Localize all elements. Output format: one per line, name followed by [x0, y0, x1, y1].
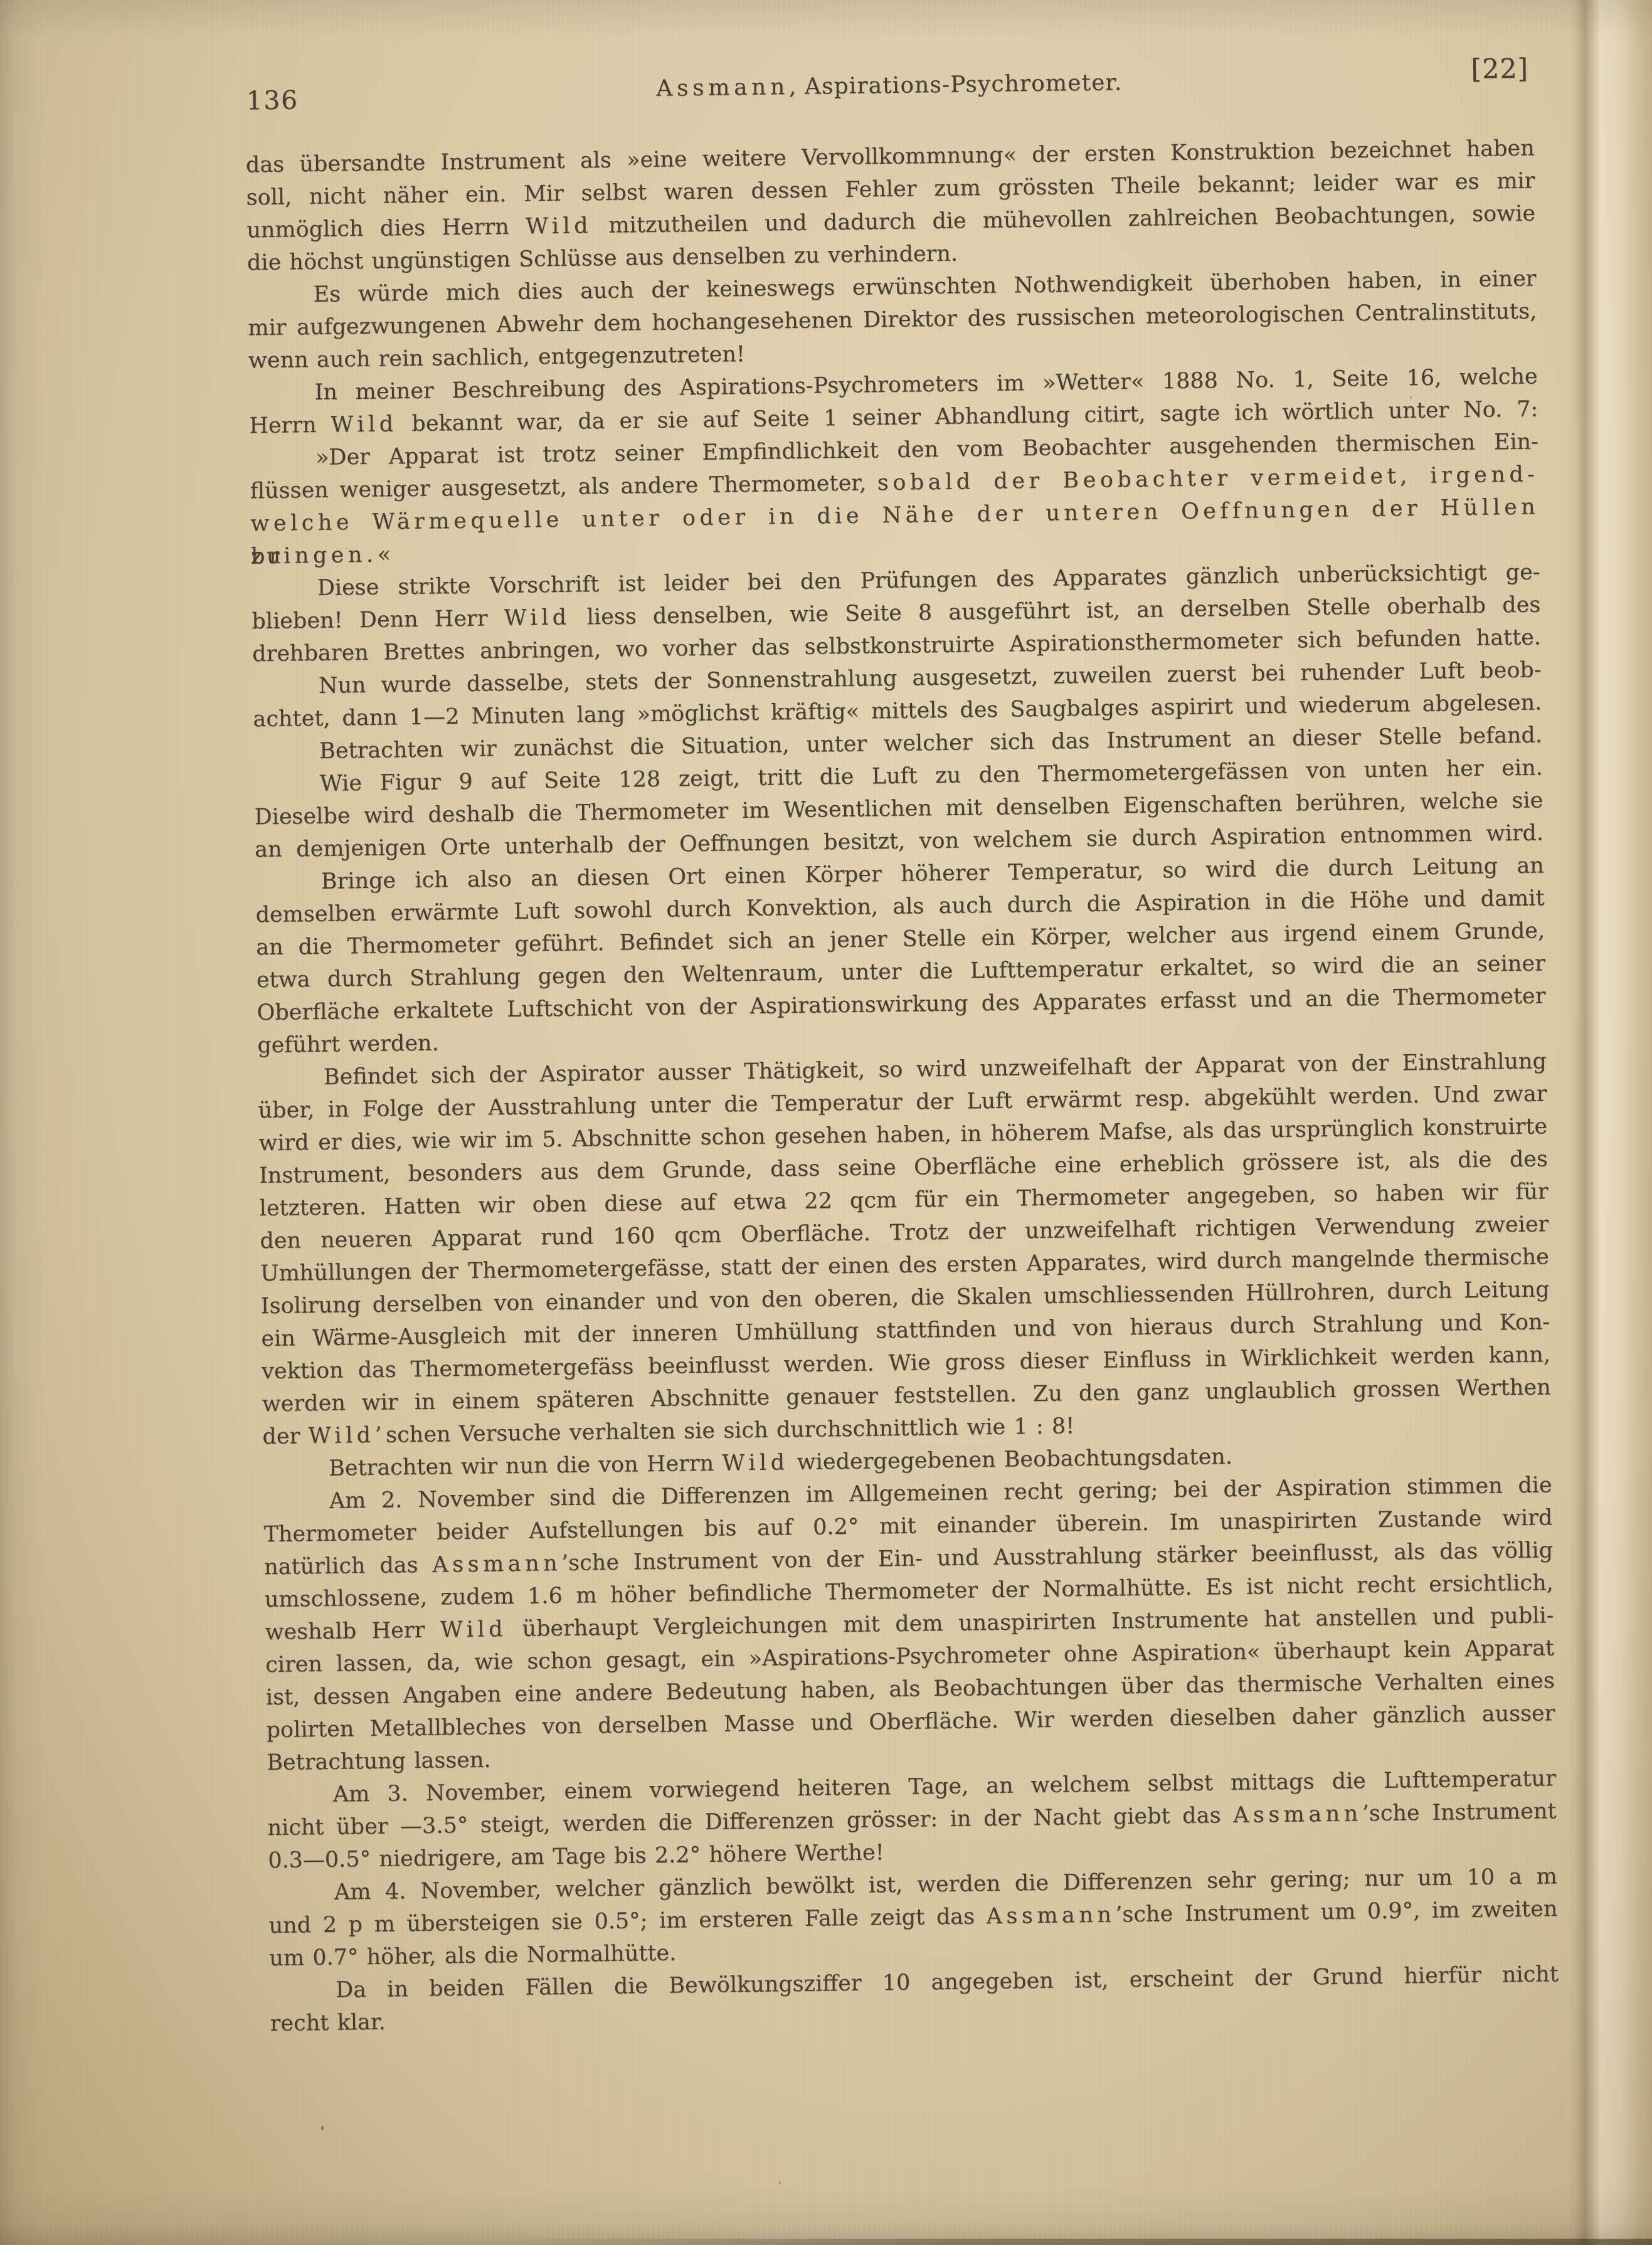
column-number: [22]: [1471, 53, 1528, 85]
paragraph: »Der Apparat ist trotz seiner Empfindlic…: [250, 426, 1540, 573]
text-segment: 0.3—0.5° niedrigere, am Tage bis 2.2° hö…: [268, 1840, 884, 1873]
text-segment: der: [262, 1424, 309, 1449]
text-segment: flüssen weniger ausgesetzt, als andere T…: [250, 470, 877, 504]
scanned-page: 136 Assmann, Aspirations-Psychrometer. […: [0, 0, 1652, 2245]
text-segment: natürlich das: [264, 1553, 433, 1580]
letterspaced-text: sobald der Beobachter vermeidet, irgend-: [877, 462, 1539, 495]
text-segment: schen Versuche verhalten sie sich durchs…: [386, 1413, 1075, 1447]
body-text: das übersandte Instrument als »eine weit…: [246, 132, 1559, 2041]
dust-speck: [321, 2126, 324, 2130]
paragraph: das übersandte Instrument als »eine weit…: [246, 132, 1537, 280]
text-segment: weshalb Herr: [265, 1618, 440, 1645]
letterspaced-text: Wild: [526, 213, 593, 239]
text-segment: ’sche Instrument: [1362, 1799, 1556, 1826]
paragraph: Befindet sich der Aspirator ausser Thäti…: [258, 1045, 1552, 1453]
text-segment: Herrn: [249, 413, 331, 439]
text-segment: unmöglich dies Herrn: [246, 214, 526, 243]
running-title-rest: , Aspirations-Psychrometer.: [789, 70, 1123, 100]
dust-speck: [779, 2181, 781, 2184]
running-title: Assmann, Aspirations-Psychrometer.: [245, 62, 1533, 110]
paragraph: Diese strikte Vorschrift ist leider bei …: [251, 556, 1541, 670]
text-segment: recht klar.: [270, 2010, 386, 2036]
letterspaced-text: Wild: [440, 1617, 507, 1642]
letterspaced-text: bringen.«: [251, 542, 395, 569]
scan-bottom-edge: [0, 2239, 1652, 2245]
letterspaced-text: Wild: [504, 605, 571, 631]
text-segment: geführt werden.: [257, 1031, 439, 1059]
text-segment: Betrachtung lassen.: [267, 1748, 491, 1776]
running-title-author: Assmann: [656, 74, 789, 102]
page-edge-crease: [1568, 0, 1652, 2245]
text-segment: die höchst ungünstigen Schlüsse aus dens…: [247, 241, 958, 276]
letterspaced-text: Wild: [331, 411, 398, 437]
text-segment: ’sche Instrument um 0.9°, im zweiten: [1115, 1896, 1558, 1927]
letterspaced-text: Assmann: [1233, 1801, 1362, 1828]
paragraph: Am 2. November sind die Differenzen im A…: [263, 1469, 1555, 1779]
dust-speck: [1410, 396, 1412, 399]
text-segment: wiedergegebenen Beobachtungsdaten.: [788, 1444, 1232, 1475]
text-segment: wenn auch rein sachlich, entgegenzutrete…: [248, 342, 745, 373]
paragraph: Wie Figur 9 auf Seite 128 zeigt, tritt d…: [253, 751, 1543, 866]
page-header: 136 Assmann, Aspirations-Psychrometer. […: [245, 62, 1533, 110]
paragraph: Am 3. November, einem vorwiegend heitere…: [267, 1762, 1557, 1877]
text-segment: um 0.7° höher, als die Normalhütte.: [269, 1941, 676, 1971]
text-segment: Betrachten wir nun die von Herrn: [329, 1451, 723, 1481]
page-number: 136: [246, 84, 299, 116]
text-segment: und 2 p m übersteigen sie 0.5°; im erste…: [268, 1904, 987, 1938]
letterspaced-text: Assmann: [986, 1903, 1115, 1930]
page-content: 136 Assmann, Aspirations-Psychrometer. […: [245, 62, 1559, 2041]
paragraph: Am 4. November, welcher gänzlich bewölkt…: [268, 1860, 1559, 1975]
text-segment: blieben! Denn Herr: [252, 606, 504, 634]
paragraph: Bringe ich also an diesen Ort einen Körp…: [255, 849, 1547, 1062]
paragraph: Es würde mich dies auch der keineswegs e…: [247, 263, 1537, 378]
letterspaced-text: Wild’: [308, 1423, 386, 1449]
letterspaced-text: Assmann: [432, 1551, 561, 1578]
letterspaced-text: Wild: [722, 1450, 789, 1476]
